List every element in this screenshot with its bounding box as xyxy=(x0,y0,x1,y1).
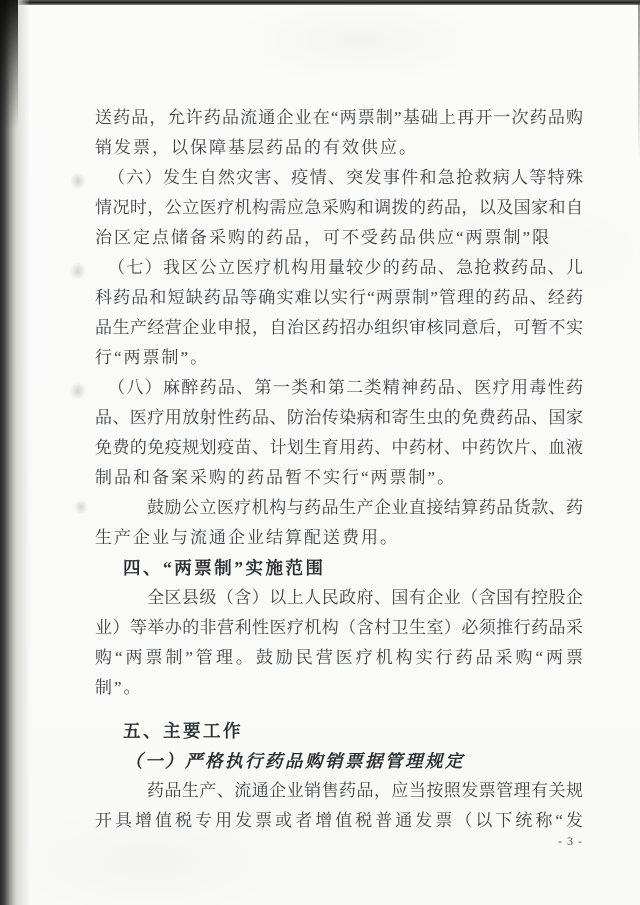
scan-corner-shadow xyxy=(0,0,18,130)
text-line: 四、“两票制”实施范围 xyxy=(95,553,583,583)
text-line: （六）发生自然灾害、疫情、突发事件和急抢救病人等特殊 xyxy=(95,163,583,193)
text-line: 制”。 xyxy=(95,673,583,703)
text-line: 行“两票制”。 xyxy=(95,343,583,373)
text-line: 品生产经营企业申报，自治区药招办组织审核同意后，可暂不实 xyxy=(95,313,583,343)
text-line: 全区县级（含）以上人民政府、国有企业（含国有控股企 xyxy=(95,583,583,613)
text-line: 免费的免疫规划疫苗、计划生育用药、中药材、中药饮片、血液 xyxy=(95,433,583,463)
scan-artifact xyxy=(70,172,86,190)
text-line: （八）麻醉药品、第一类和第二类精神药品、医疗用毒性药 xyxy=(95,373,583,403)
text-line: 生产企业与流通企业结算配送费用。 xyxy=(95,523,583,553)
text-line: 品、医疗用放射性药品、防治传染病和寄生虫的免费药品、国家 xyxy=(95,403,583,433)
document-text-block: 送药品，允许药品流通企业在“两票制”基础上再开一次药品购销发票，以保障基层药品的… xyxy=(95,103,583,836)
text-line: 鼓励公立医疗机构与药品生产企业直接结算药品货款、药品 xyxy=(95,493,583,523)
text-line: 制品和备案采购的药品暂不实行“两票制”。 xyxy=(95,463,583,493)
page-number: - 3 - xyxy=(95,834,583,849)
text-line: （七）我区公立医疗机构用量较少的药品、急抢救药品、儿 xyxy=(95,253,583,283)
text-line: 情况时，公立医疗机构需应急采购和调拨的药品，以及国家和自 xyxy=(95,193,583,223)
scan-edge-top xyxy=(0,0,640,5)
text-line: 科药品和短缺药品等确实难以实行“两票制”管理的药品、经药 xyxy=(95,283,583,313)
text-line: 销发票，以保障基层药品的有效供应。 xyxy=(95,133,583,163)
text-line: 治区定点储备采购的药品，可不受药品供应“两票制”限制。 xyxy=(95,223,583,253)
scan-artifact xyxy=(74,500,88,514)
scan-edge-left xyxy=(0,0,30,905)
text-line: 药品生产、流通企业销售药品，应当按照发票管理有关规定 xyxy=(95,776,583,806)
scan-artifact xyxy=(70,262,86,280)
scan-artifact xyxy=(70,382,86,400)
text-line: 开具增值税专用发票或者增值税普通发票（以下统称“发 xyxy=(95,806,583,836)
text-line: 五、主要工作 xyxy=(95,716,583,746)
scanned-document-page: 送药品，允许药品流通企业在“两票制”基础上再开一次药品购销发票，以保障基层药品的… xyxy=(0,0,640,905)
text-line: 业）等举办的非营利性医疗机构（含村卫生室）必须推行药品采 xyxy=(95,613,583,643)
text-line: （一）严格执行药品购销票据管理规定 xyxy=(95,746,583,776)
text-line: 送药品，允许药品流通企业在“两票制”基础上再开一次药品购 xyxy=(95,103,583,133)
text-line: 购“两票制”管理。鼓励民营医疗机构实行药品采购“两票 xyxy=(95,643,583,673)
